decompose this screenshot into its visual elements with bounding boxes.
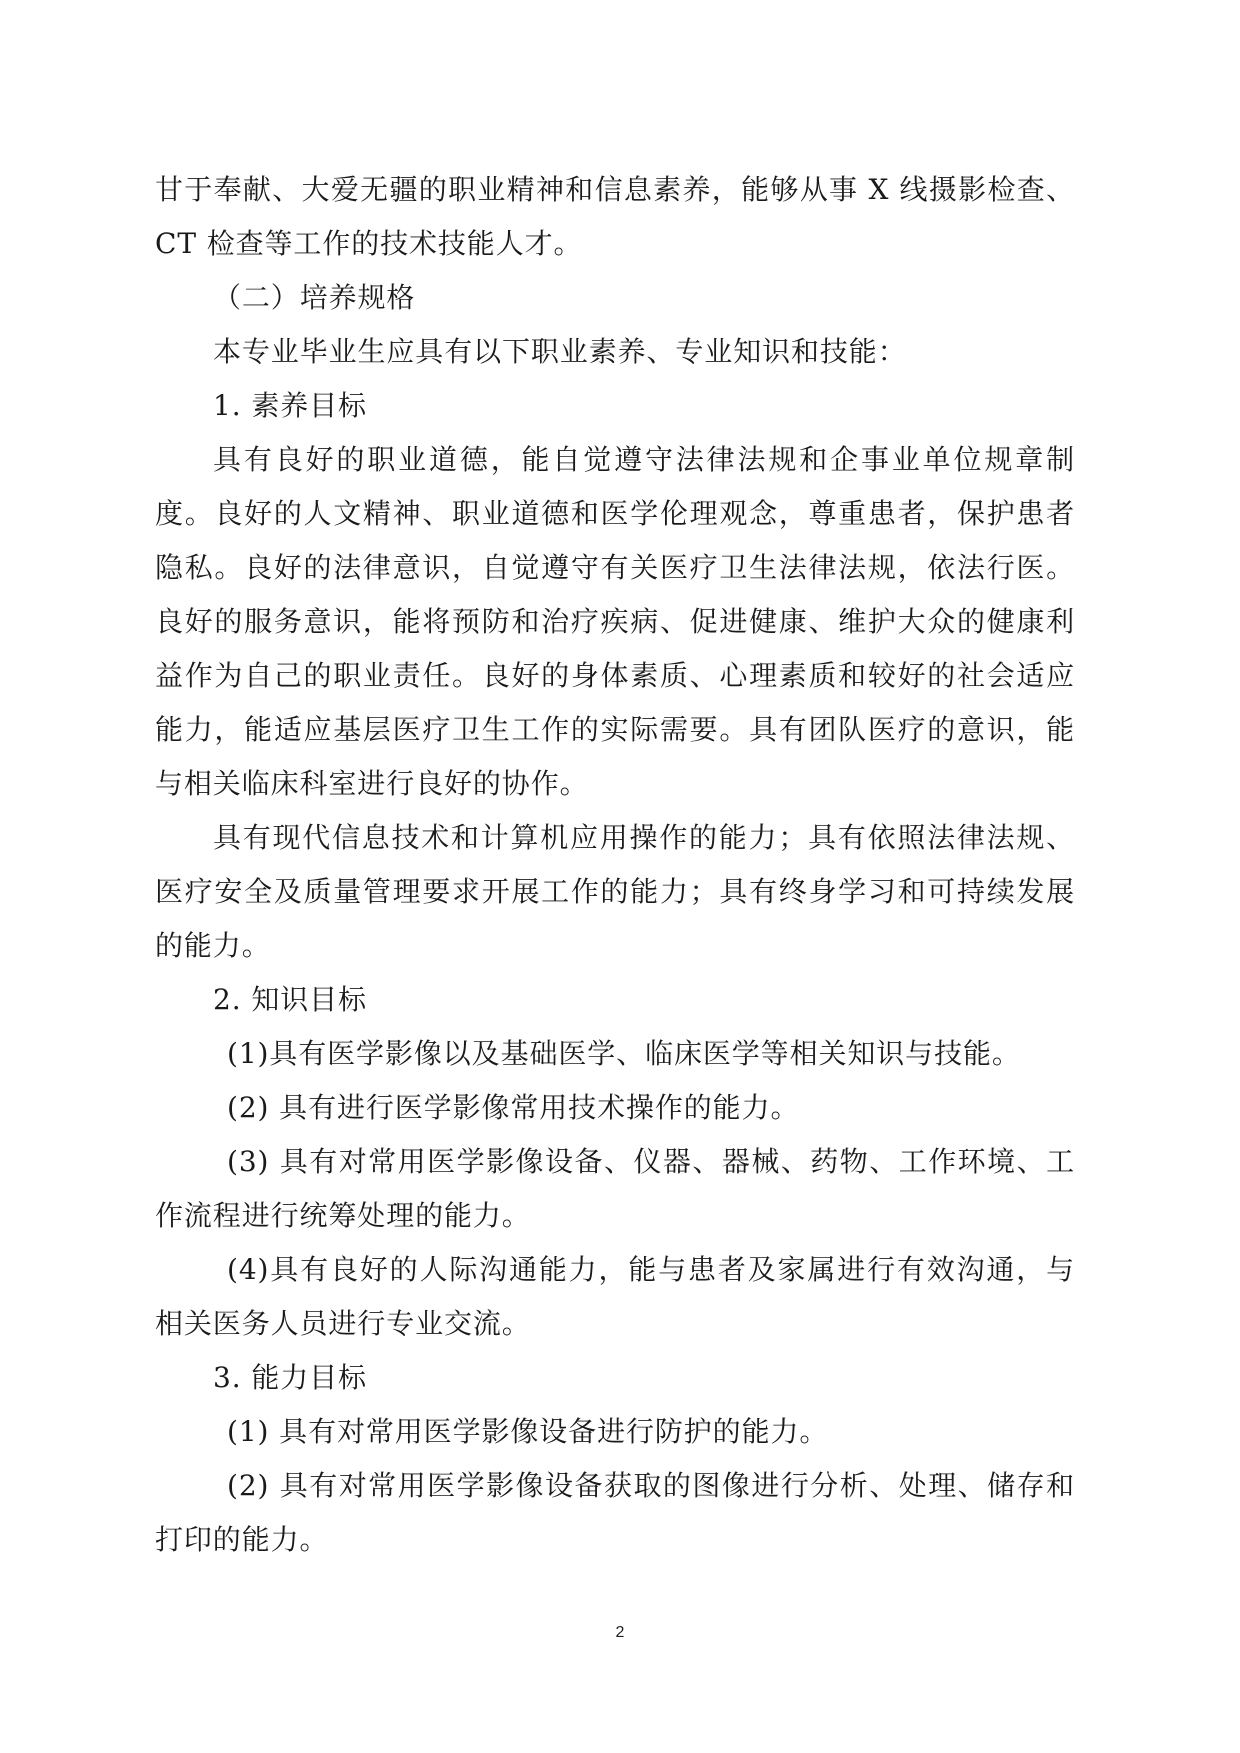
- subheading-ability-goals: 3. 能力目标: [155, 1351, 1075, 1405]
- page-number: 2: [0, 1624, 1240, 1642]
- subheading-knowledge-goals: 2. 知识目标: [155, 973, 1075, 1027]
- knowledge-item-2: (2) 具有进行医学影像常用技术操作的能力。: [155, 1081, 1075, 1135]
- knowledge-item-3: (3) 具有对常用医学影像设备、仪器、器械、药物、工作环境、工作流程进行统筹处理…: [155, 1135, 1075, 1243]
- document-body: 甘于奉献、大爱无疆的职业精神和信息素养，能够从事 X 线摄影检查、CT 检查等工…: [155, 163, 1075, 1567]
- section-heading-training-specs: （二）培养规格: [155, 271, 1075, 325]
- subheading-quality-goals: 1. 素养目标: [155, 379, 1075, 433]
- paragraph-quality-2: 具有现代信息技术和计算机应用操作的能力；具有依照法律法规、医疗安全及质量管理要求…: [155, 811, 1075, 973]
- document-page: 甘于奉献、大爱无疆的职业精神和信息素养，能够从事 X 线摄影检查、CT 检查等工…: [0, 0, 1240, 1753]
- ability-item-1: (1) 具有对常用医学影像设备进行防护的能力。: [155, 1405, 1075, 1459]
- paragraph-quality-1: 具有良好的职业道德，能自觉遵守法律法规和企事业单位规章制度。良好的人文精神、职业…: [155, 433, 1075, 811]
- paragraph-continued: 甘于奉献、大爱无疆的职业精神和信息素养，能够从事 X 线摄影检查、CT 检查等工…: [155, 163, 1075, 271]
- ability-item-2: (2) 具有对常用医学影像设备获取的图像进行分析、处理、储存和打印的能力。: [155, 1459, 1075, 1567]
- knowledge-item-1: (1)具有医学影像以及基础医学、临床医学等相关知识与技能。: [155, 1027, 1075, 1081]
- knowledge-item-4: (4)具有良好的人际沟通能力，能与患者及家属进行有效沟通，与相关医务人员进行专业…: [155, 1243, 1075, 1351]
- paragraph-intro: 本专业毕业生应具有以下职业素养、专业知识和技能：: [155, 325, 1075, 379]
